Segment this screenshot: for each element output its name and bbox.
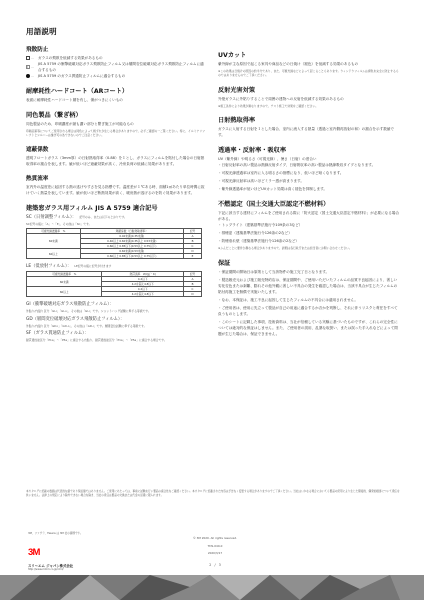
heading-netsukanryu: 熱貫流率	[26, 174, 206, 182]
funen-bullet: ・防煙垂れ壁（建築基準法施行令126条の2など）	[218, 238, 400, 244]
toka-bullet: ・紫外線透過率が低いほどUVカット効果は高く褪色を抑制します。	[218, 186, 400, 192]
section-hosho: 保証 ・保証期間の開始日は原則として当該物件の施工完了日となります。 ・製造販売…	[218, 258, 400, 337]
heading-uv: UVカット	[218, 50, 400, 59]
section-hansha: 反射光害対策 外壁ガラスに外貼りすることで周囲の建物への反射を低減する効果のある…	[218, 85, 400, 108]
section-uv: UVカット 紫外線が主な原因で起こる家具や商品などの日焼け（褪色）を低減する効果…	[218, 50, 400, 78]
half-square-icon	[26, 65, 30, 69]
polygon-pattern-icon	[0, 575, 424, 600]
section-shahei: 遮蔽係数 透明フロートガラス（3mm厚）の日射熱取得率（0.88）を１とし、ガラ…	[26, 145, 206, 167]
company-url[interactable]: http://www.mmm.co.jp/cmd/	[28, 568, 63, 571]
section-jis: 建築窓ガラス用フィルム JIS A 5759 適合記号 SC（日射調整フィルム）…	[26, 203, 206, 343]
hansha-note: ※施工条件により効果が異なりますので、テスト施工で効果をご確認ください。	[218, 104, 400, 108]
heading-toka: 透過率・反射率・吸収率	[218, 145, 400, 154]
section-funen: 不燃認定（国土交通大臣認定不燃材料） 下記に該当する建材にフィルムをご使用される…	[218, 199, 400, 250]
trademark-note: 3M、ファサラ、Fasara は 3M 社の商標です。	[28, 531, 83, 535]
toka-bullet: ・可視光線反射率は高いほどミラー感が高まります。	[218, 178, 400, 184]
hosho-bullet: ・ご使用者は、使用に先立って製品が自己の用途に適合するか否かを判断し、それに伴う…	[218, 305, 400, 317]
gi-text: 外貼り/内貼り区分「GI-i」「GI-o」、その他は「GI-i」です。ショットバ…	[26, 309, 206, 313]
section-netsukanryu: 熱貫流率 室内外の温度差に起因する熱の逃げやすさを見る指標です。温度差が１℃ある…	[26, 174, 206, 196]
hosho-bullet: ・製造販売元および施工販売特約店は、保証期間中、ご使用いただいたフィルムの品質不…	[218, 277, 400, 295]
page-title: 用語説明	[26, 26, 206, 37]
heading-hisan: 飛散防止	[26, 45, 206, 53]
funen-bullet: ・排煙窓（建築基準法施行令126条の2など）	[218, 230, 400, 236]
heading-ar-coat: 耐摩耗性ハードコート（ARコート）	[26, 86, 206, 95]
heading-hosho: 保証	[218, 258, 400, 267]
copyright: © 3M 2020. All rights reserved.	[190, 535, 240, 543]
hisan-item-2: … JIS A 5759 の衝撃破壊対応ガラス飛散防止フィルム又は層間変位破壊対…	[26, 61, 206, 73]
sf-label: SF（ガラス貫通防止フィルム）：	[26, 330, 206, 336]
netsukanryu-text: 室内外の温度差に起因する熱の逃げやすさを見る指標です。温度差が１℃ある時、面積1…	[26, 184, 206, 196]
sc-table: 可視光線透過率 % 遮蔽係数（日射熱取得率） 記号 60未満 0.40未満(0.…	[26, 228, 202, 259]
section-ar-coat: 耐摩耗性ハードコート（ARコート） 表面に耐摩耗性ハードコート層を有し、傷がつき…	[26, 86, 206, 103]
gd-label: GD（層間変位破壊対応ガラス飛散防止フィルム）：	[26, 316, 206, 322]
right-column: UVカット 紫外線が主な原因で起こる家具や商品などの日焼け（褪色）を低減する効果…	[218, 50, 400, 344]
decorative-band	[0, 575, 424, 600]
uv-text: 紫外線が主な原因で起こる家具や商品などの日焼け（褪色）を低減する効果のあるもの	[218, 61, 400, 67]
section-nisshanetsu: 日射熱取得率 ガラスに入射する日射を１とした場合、室内に流入する熱量（透過と室内…	[218, 115, 400, 138]
hosho-bullet: ・保証期間の開始日は原則として当該物件の施工完了日となります。	[218, 269, 400, 275]
le-label: LE（低放射フィルム）：LE記号の後に記号が付きます	[26, 263, 206, 269]
sc-label: SC（日射調整フィルム）：記号のみ、または以下のとおりです。	[26, 214, 206, 220]
uv-note: ※この効果は日焼けの原因の約半分であり、また、可視光線などによって起こることもあ…	[218, 69, 400, 78]
section-dousyoku: 同色製品（繋ぎ柄） 同色製品のため、印刷濃度が最も濃い部分と繋ぎ施工が可能なもの…	[26, 110, 206, 138]
hosho-bullet: ・このシートに記載した事項、技術資料は、当社が信頼している実験に基づいたものです…	[218, 319, 400, 337]
shahei-text: 透明フロートガラス（3mm厚）の日射熱取得率（0.88）を１とし、ガラスにフィル…	[26, 155, 206, 167]
page-number: 2 / 3	[195, 562, 235, 567]
heading-hansha: 反射光害対策	[218, 85, 400, 94]
ar-coat-text: 表面に耐摩耗性ハードコート層を有し、傷がつきにくいもの	[26, 97, 206, 103]
heading-nisshanetsu: 日射熱取得率	[218, 115, 400, 124]
funen-note: ※ふんだことに要件が異なる場合がありますので、詳細は各行政庁または担当者にお問い…	[218, 246, 400, 250]
document-page: 用語説明 飛散防止 … ガラスの飛散を低減する効果があるもの … JIS A 5…	[0, 0, 424, 600]
footer-meta: © 3M 2020. All rights reserved. TDS-040-…	[190, 535, 240, 558]
empty-square-icon	[26, 56, 30, 60]
heading-funen: 不燃認定（国土交通大臣認定不燃材料）	[218, 199, 400, 208]
section-toka: 透過率・反射率・吸収率 UV（紫外線）や明るさ（可視光線）、暑さ（日射）の度合い…	[218, 145, 400, 192]
dousyoku-note: 印刷品質等についてご使用される場合は同色によって柄ずれが生じる場合がありますので…	[26, 129, 206, 138]
hosho-bullet: ・なお、本保証は、施工不良に起因して生じたフィルムの不具合には適用されません。	[218, 297, 400, 303]
gd-text: 外貼り/内貼り区分「GD-i」「GD-o」、その他は「GD-i」です。層間変位試…	[26, 324, 206, 328]
hansha-text: 外壁ガラスに外貼りすることで周囲の建物への反射を低減する効果のあるもの	[218, 96, 400, 102]
doc-code: TDS-040-0	[190, 543, 240, 551]
filled-circle-icon	[26, 74, 30, 78]
hisan-item-3: … JIS A 5759 のガラス貫通防止フィルムに適合するもの	[26, 73, 206, 79]
toka-bullet: ・可視光線透過率は室内に入る明るさの指標になり、低いほど暗くなります。	[218, 170, 400, 176]
sc-subnote: SC記号の後に「A」〜「E」、その他は「SC」です。	[26, 222, 206, 226]
toka-bullet: ・日射反射率の高い製品は熱線反射タイプ、日射吸収率の高い製品は熱線吸収タイプとな…	[218, 162, 400, 168]
nisshanetsu-text: ガラスに入射する日射を１とした場合、室内に流入する熱量（透過と室内側再放射の和）…	[218, 126, 400, 138]
heading-dousyoku: 同色製品（繋ぎ柄）	[26, 110, 206, 119]
gi-label: GI（衝撃破壊対応ガラス飛散防止フィルム）：	[26, 301, 206, 307]
3m-logo: 3M	[28, 548, 46, 557]
doc-date: 2020/3/17	[190, 550, 240, 558]
dousyoku-text: 同色製品のため、印刷濃度が最も濃い部分と繋ぎ施工が可能なもの	[26, 121, 206, 127]
le-table: 可視光線透過率 % 熱貫流率 W/(㎡・K) 記号 60未満 4.2以下 A 4…	[26, 271, 202, 297]
heading-jis: 建築窓ガラス用フィルム JIS A 5759 適合記号	[26, 203, 206, 212]
left-column: 用語説明 飛散防止 … ガラスの飛散を低減する効果があるもの … JIS A 5…	[26, 26, 206, 349]
heading-shahei: 遮蔽係数	[26, 145, 206, 153]
disclaimer-text: 本カタログに記載の数値は代表的な値であり保証値ではありません。ご使用にあたっては…	[26, 490, 400, 499]
sf-text: 耐貫通性能区分「P1a」〜「P5a」に適合する内貼り、耐貫通性能区分「P1a」〜…	[26, 338, 206, 342]
section-hisan: 飛散防止 … ガラスの飛散を低減する効果があるもの … JIS A 5759 の…	[26, 45, 206, 79]
funen-text: 下記に該当する建材にフィルムをご使用される際に「防火認定（国土交通大臣認定不燃材…	[218, 210, 400, 222]
funen-bullet: ・トップライト（建築基準法施行令109条の3など）	[218, 222, 400, 228]
